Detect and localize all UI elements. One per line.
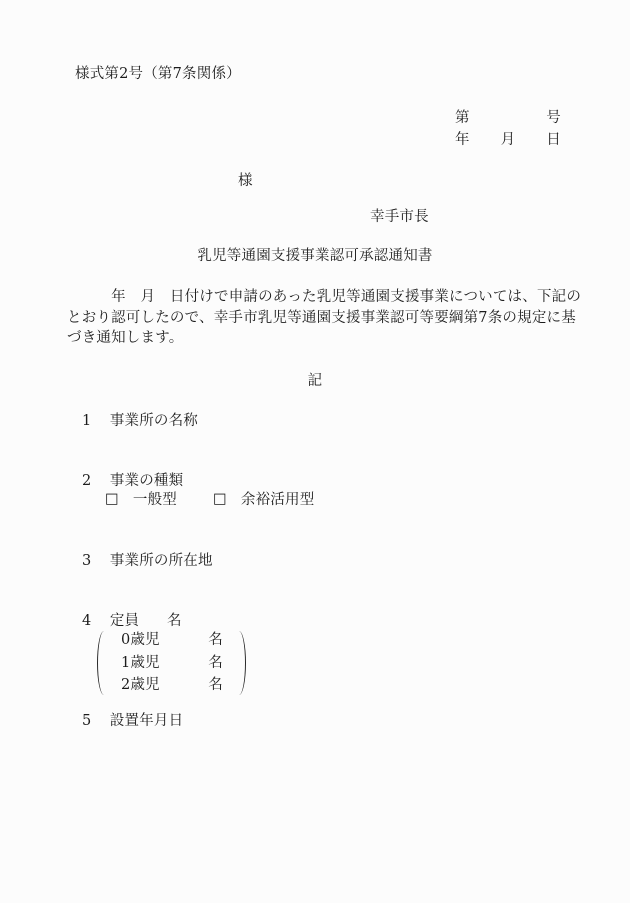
body-line-2: とおり認可したので、幸手市乳児等通園支援事業認可等要綱第7条の規定に基 xyxy=(67,308,587,329)
general-type-checkbox[interactable]: □ xyxy=(105,491,119,507)
item-2-label: 事業の種類 xyxy=(110,473,184,489)
item-3-number: 3 xyxy=(82,553,105,569)
capacity-rows: 0歳児 名 1歳児 名 2歳児 名 xyxy=(121,629,223,696)
item-business-name: 1 事業所の名称 xyxy=(82,409,198,430)
age2-unit-label: 名 xyxy=(208,674,223,696)
item-3-label: 事業所の所在地 xyxy=(110,553,213,569)
document-page: 様式第2号（第7条関係） 第 号 年 月 日 様 幸手市長 乳児等通園支援事業認… xyxy=(0,0,630,903)
open-parenthesis-icon xyxy=(97,631,111,695)
age0-unit-label: 名 xyxy=(208,629,223,651)
surplus-use-type-checkbox[interactable]: □ xyxy=(213,491,227,507)
date-year-label: 年 xyxy=(455,128,470,149)
age1-unit-label: 名 xyxy=(208,652,223,674)
form-number: 様式第2号（第7条関係） xyxy=(75,62,241,83)
capacity-breakdown: 0歳児 名 1歳児 名 2歳児 名 xyxy=(97,629,246,697)
date-month-label: 月 xyxy=(501,128,516,149)
item-5-number: 5 xyxy=(82,713,105,729)
item-5-label: 設置年月日 xyxy=(110,713,184,729)
item-capacity: 4 定員 名 xyxy=(82,609,182,630)
body-line-1: 年 月 日付けで申請のあった乳児等通園支援事業については、下記の xyxy=(67,287,587,308)
item-4-number: 4 xyxy=(82,613,105,629)
body-line-3: づき通知します。 xyxy=(67,328,587,349)
document-number-line: 第 号 xyxy=(455,106,561,127)
item-1-label: 事業所の名称 xyxy=(110,413,198,429)
item-4-label: 定員 xyxy=(110,613,139,629)
item-1-number: 1 xyxy=(82,413,105,429)
close-parenthesis-icon xyxy=(232,631,246,695)
age1-label: 1歳児 xyxy=(121,652,160,674)
record-marker: 記 xyxy=(0,369,630,390)
surplus-use-type-label: 余裕活用型 xyxy=(241,488,315,509)
business-type-options: □ 一般型 □ 余裕活用型 xyxy=(105,488,314,509)
doc-number-prefix: 第 xyxy=(455,106,470,127)
capacity-row-age0: 0歳児 名 xyxy=(121,629,223,651)
item-business-type: 2 事業の種類 xyxy=(82,469,183,490)
age2-label: 2歳児 xyxy=(121,674,160,696)
general-type-label: 一般型 xyxy=(133,488,177,509)
age0-label: 0歳児 xyxy=(121,629,160,651)
capacity-row-age2: 2歳児 名 xyxy=(121,674,223,696)
capacity-row-age1: 1歳児 名 xyxy=(121,652,223,674)
date-day-label: 日 xyxy=(546,128,561,149)
body-paragraph: 年 月 日付けで申請のあった乳児等通園支援事業については、下記の とおり認可した… xyxy=(67,287,587,349)
capacity-unit-label: 名 xyxy=(167,613,182,629)
item-2-number: 2 xyxy=(82,473,105,489)
doc-number-suffix: 号 xyxy=(546,106,561,127)
issue-date-line: 年 月 日 xyxy=(455,128,561,149)
item-business-address: 3 事業所の所在地 xyxy=(82,549,213,570)
item-establishment-date: 5 設置年月日 xyxy=(82,709,183,730)
sender-name: 幸手市長 xyxy=(370,205,429,226)
document-title: 乳児等通園支援事業認可承認通知書 xyxy=(0,244,630,265)
addressee-honorific: 様 xyxy=(238,169,253,190)
